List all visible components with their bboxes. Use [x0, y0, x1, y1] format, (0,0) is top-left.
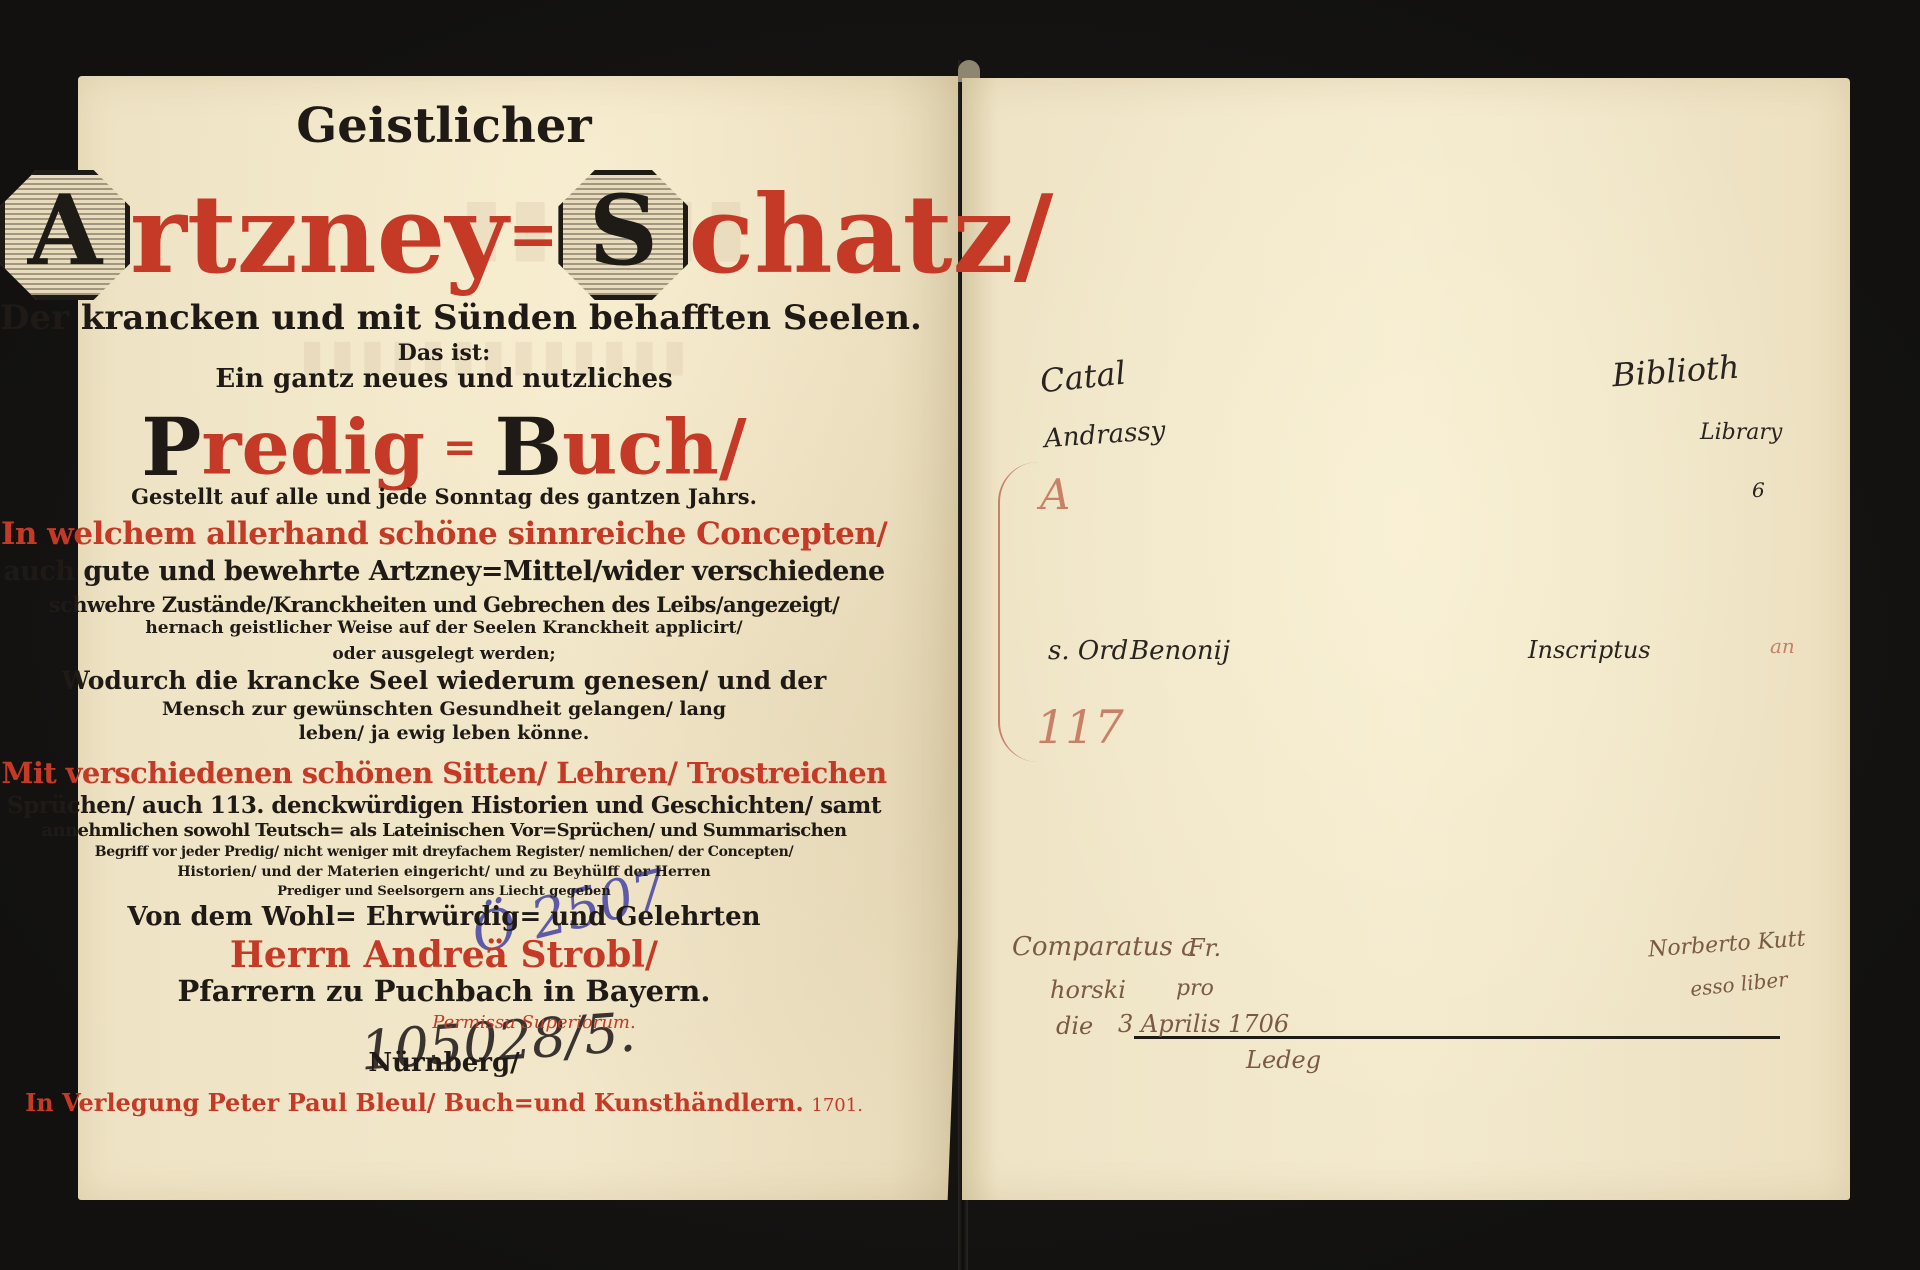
- das-ist: Das ist:: [0, 340, 888, 366]
- annotation-ord: s. Ord: [1048, 636, 1128, 666]
- begriff-line: Begriff vor jeder Predig/ nicht weniger …: [0, 844, 888, 860]
- title-line-geistlicher: Geistlicher: [0, 98, 888, 154]
- predig-buch: Predig=Buch/: [0, 400, 888, 480]
- annotation-die: die: [1056, 1012, 1093, 1040]
- woodcut-initial-s: S: [558, 170, 688, 300]
- prediger-line: Prediger und Seelsorgern ans Liecht gege…: [0, 884, 888, 899]
- oder-line: oder ausgelegt werden;: [0, 644, 888, 664]
- auch-gute-line: auch gute und bewehrte Artzney=Mittel/wi…: [0, 556, 888, 587]
- annotation-horski: horski: [1050, 976, 1126, 1004]
- title-schatz: chatz/: [688, 172, 1053, 298]
- in-welchem-line: In welchem allerhand schöne sinnreiche C…: [0, 516, 888, 552]
- annehmlichen-line: annehmlichen sowohl Teutsch= als Lateini…: [0, 820, 888, 841]
- initial-b: B: [495, 400, 563, 494]
- annotation-fr: Fr.: [1188, 934, 1221, 962]
- imprint-year: 1701.: [811, 1095, 863, 1116]
- annotation-red-mark: A: [1040, 470, 1070, 519]
- author-name: Herrn Andreä Strobl/: [0, 934, 888, 976]
- title-artzney: rtzney: [130, 172, 508, 298]
- leben-line: leben/ ja ewig leben könne.: [0, 722, 888, 744]
- annotation-date: 3 Aprilis 1706: [1118, 1010, 1289, 1038]
- annotation-ledeg: Ledeg: [1246, 1046, 1321, 1074]
- mensch-line: Mensch zur gewünschten Gesundheit gelang…: [0, 698, 888, 720]
- permissu-superiorum: Permissu Superiorum.: [0, 1012, 978, 1033]
- annotation-red-117: 117: [1036, 700, 1124, 754]
- annotation-six: 6: [1752, 478, 1765, 502]
- hernach-line: hernach geistlicher Weise auf der Seelen…: [0, 618, 888, 638]
- annotation-comparatus: Comparatus a: [1012, 932, 1197, 962]
- spruchen-line: Sprüchen/ auch 113. denckwürdigen Histor…: [0, 792, 888, 819]
- wodurch-line: Wodurch die krancke Seel wiederum genese…: [0, 666, 888, 695]
- gestellt-line: Gestellt auf alle und jede Sonntag des g…: [0, 484, 888, 509]
- annotation-name: Benonij: [1130, 636, 1230, 666]
- von-dem-line: Von dem Wohl= Ehrwürdig= und Gelehrten: [0, 902, 888, 932]
- pfarrern-line: Pfarrern zu Puchbach in Bayern.: [0, 974, 888, 1008]
- red-pencil-bracket: [998, 462, 1040, 762]
- historien-line: Historien/ und der Materien eingericht/ …: [0, 864, 888, 880]
- woodcut-initial-a: A: [0, 170, 130, 300]
- place-nurnberg: Nürnberg/: [0, 1048, 888, 1078]
- mit-verschiedenen-line: Mit verschiedenen schönen Sitten/ Lehren…: [0, 756, 888, 790]
- annotation-pro: pro: [1176, 976, 1214, 1001]
- title-main: Artzney=Schatz/: [0, 170, 888, 290]
- imprint-line: In Verlegung Peter Paul Bleul/ Buch=und …: [0, 1088, 888, 1117]
- annotation-an: an: [1770, 634, 1795, 658]
- ein-gantz-line: Ein gantz neues und nutzliches: [0, 364, 888, 394]
- annotation-library: Library: [1700, 420, 1782, 445]
- initial-p: P: [141, 400, 201, 494]
- annotation-inscriptus: Inscriptus: [1528, 636, 1651, 664]
- subtitle: Der krancken und mit Sünden behafften Se…: [0, 298, 888, 338]
- schwehre-line: schwehre Zustände/Kranckheiten und Gebre…: [0, 592, 888, 617]
